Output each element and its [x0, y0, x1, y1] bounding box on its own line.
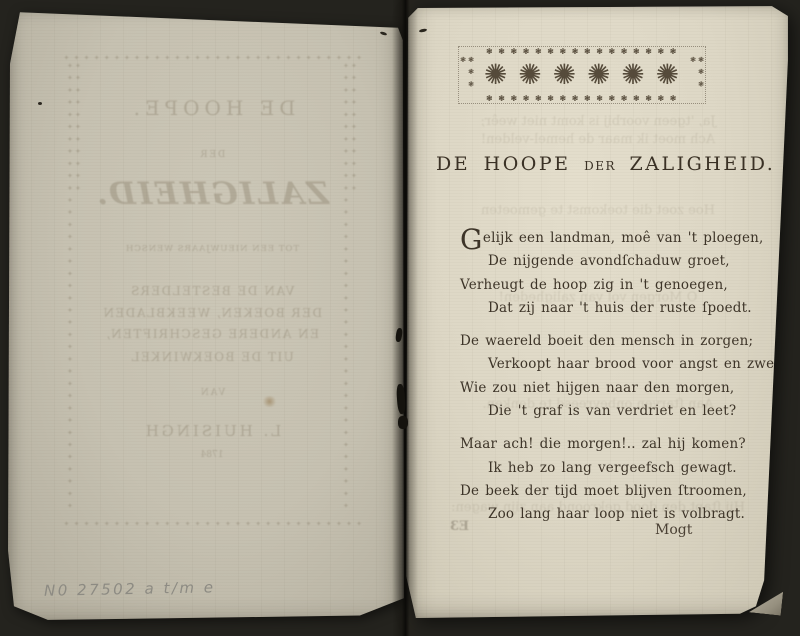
poem-line: De beek der tijd moet blijven ſtroomen, [460, 480, 762, 503]
drop-cap-initial: G [460, 223, 483, 256]
left-page-wrapper: ✦ ✦ ✦ ✦ ✦ ✦ ✦ ✦ ✦ ✦ ✦ ✦ ✦ ✦ ✦ ✦ ✦ ✦ ✦ ✦ … [8, 6, 406, 628]
bleed-line: Ja, 'tgeen voorbij is komt niet weêr; [403, 114, 793, 129]
bleed-subtitle: TOT EEN NIEUWJAARS WENSCH [62, 244, 362, 254]
stanza-2: De waereld boeit den mensch in zorgen; V… [460, 330, 762, 423]
title-word2: DER [584, 159, 616, 173]
ink-speck [419, 28, 427, 33]
poem-line: De nijgende avondſchaduw groet, [460, 250, 762, 273]
bleed-van: VAN [62, 388, 362, 398]
page-title: DE HOOPE DER ZALIGHEID. [436, 153, 756, 175]
bleed-line: Hoe zoet die toekomst te gemoeten [403, 203, 793, 218]
ink-speck [38, 102, 42, 105]
left-page: ✦ ✦ ✦ ✦ ✦ ✦ ✦ ✦ ✦ ✦ ✦ ✦ ✦ ✦ ✦ ✦ ✦ ✦ ✦ ✦ … [8, 6, 406, 628]
poem-line: Die 't graf is van verdriet en leet? [460, 400, 762, 423]
ornament-border-bottom: ❃ ❃ ❃ ❃ ❃ ❃ ❃ ❃ ❃ ❃ ❃ ❃ ❃ ❃ ❃ ❃ [459, 94, 705, 103]
poem-line: Dat zij naar 't huis der ruste ſpoedt. [460, 297, 762, 320]
ornament-border-top: ❃ ❃ ❃ ❃ ❃ ❃ ❃ ❃ ❃ ❃ ❃ ❃ ❃ ❃ ❃ ❃ [459, 47, 705, 56]
ornament-border-left: ❃ ❃ ❃ ❃ [459, 56, 475, 94]
signature-mark-bleed: E3 [450, 519, 469, 534]
stanza-3: Maar ach! die morgen!.. zal hij komen? I… [460, 433, 762, 526]
bleed-body-line4: UIT DE BOEKWINKEL [62, 350, 362, 364]
book-scan: ✦ ✦ ✦ ✦ ✦ ✦ ✦ ✦ ✦ ✦ ✦ ✦ ✦ ✦ ✦ ✦ ✦ ✦ ✦ ✦ … [0, 0, 800, 636]
poem-line: Maar ach! die morgen!.. zal hij komen? [460, 433, 762, 456]
torn-paper-bit [398, 416, 408, 429]
bleed-body-line2: DER BOEKEN, WEEKBLADEN [62, 306, 362, 320]
rosette-row-icon: ✺ ✺ ✺ ✺ ✺ ✺ [475, 60, 689, 90]
bleed-title-line2: DER [62, 150, 362, 160]
ink-speck [380, 31, 388, 36]
headpiece-ornament: ❃ ❃ ❃ ❃ ❃ ❃ ❃ ❃ ❃ ❃ ❃ ❃ ❃ ❃ ❃ ❃ ❃ ❃ ❃ ❃ … [458, 46, 706, 104]
poem-line: Verkoopt haar brood voor angst en zweet: [460, 353, 762, 376]
fleuron-border-top: ✦ ✦ ✦ ✦ ✦ ✦ ✦ ✦ ✦ ✦ ✦ ✦ ✦ ✦ ✦ ✦ ✦ ✦ ✦ ✦ … [62, 54, 362, 62]
right-page: Ja, 'tgeen voorbij is komt niet weêr; Ac… [403, 3, 793, 623]
bleed-body-line3: EN ANDERE GESCHRIFTEN, [62, 327, 362, 341]
ornament-border-right: ❃ ❃ ❃ ❃ [689, 56, 705, 94]
ornament-middle: ❃ ❃ ❃ ❃ ✺ ✺ ✺ ✺ ✺ ✺ ❃ ❃ ❃ ❃ [459, 56, 705, 94]
poem-line: De waereld boeit den mensch in zorgen; [460, 330, 762, 353]
bleed-title-line3: ZALIGHEID. [62, 176, 362, 212]
poem-line: Gelijk een landman, moê van 't ploegen, [460, 227, 762, 250]
stanza-1: Gelijk een landman, moê van 't ploegen, … [460, 227, 762, 320]
poem-line: Wie zou niet hijgen naar den morgen, [460, 377, 762, 400]
catchword: Mogt [655, 522, 692, 538]
bleed-line: Ach moet ik maar de hemel-velden! [403, 132, 793, 147]
title-word1: DE HOOPE [436, 153, 571, 175]
bleed-author: L. HUISINGH [62, 422, 362, 440]
bleed-year: 1784 [62, 450, 362, 460]
poem: Gelijk een landman, moê van 't ploegen, … [460, 227, 762, 537]
bleed-title-line1: DE HOOPE. [62, 96, 362, 120]
poem-line: Ik heb zo lang vergeefsch gewagt. [460, 457, 762, 480]
handwritten-shelfmark: N0 27502 a t/m e [44, 578, 216, 600]
foxing-stain [262, 396, 277, 407]
poem-line: Zoo lang haar loop niet is volbragt. [460, 503, 762, 526]
right-page-wrapper: Ja, 'tgeen voorbij is komt niet weêr; Ac… [403, 3, 793, 623]
title-word3: ZALIGHEID. [630, 153, 776, 175]
title-page-bleedthrough: ✦ ✦ ✦ ✦ ✦ ✦ ✦ ✦ ✦ ✦ ✦ ✦ ✦ ✦ ✦ ✦ ✦ ✦ ✦ ✦ … [62, 48, 362, 540]
fleuron-border-bottom: ✦ ✦ ✦ ✦ ✦ ✦ ✦ ✦ ✦ ✦ ✦ ✦ ✦ ✦ ✦ ✦ ✦ ✦ ✦ ✦ … [62, 520, 362, 528]
poem-line: Verheugt de hoop zig in 't genoegen, [460, 274, 762, 297]
bleed-body-line1: VAN DE BESTELDERS [62, 284, 362, 298]
